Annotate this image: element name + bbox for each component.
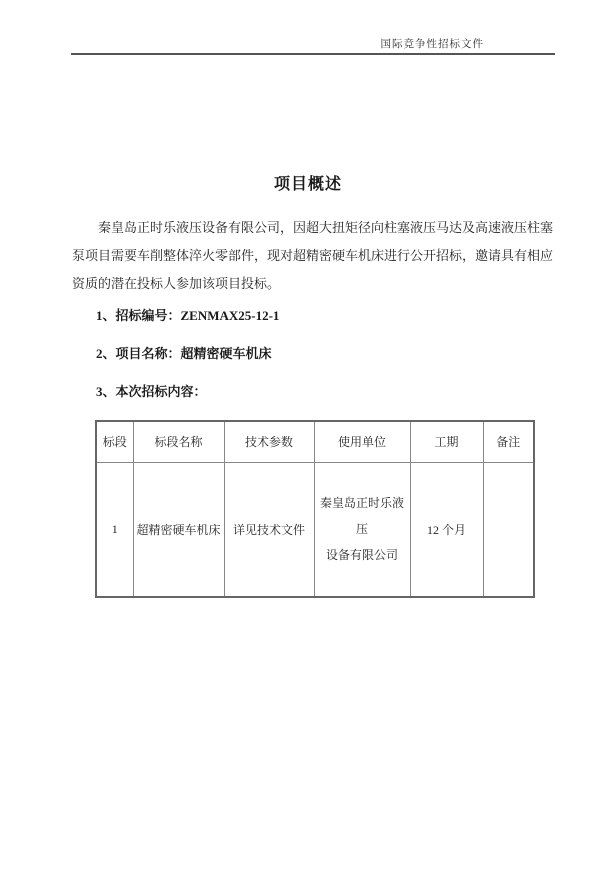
section-title: 项目概述 (0, 171, 616, 194)
table-cell-tech-params: 详见技术文件 (224, 462, 314, 597)
table-header-cell-section-name: 标段名称 (133, 421, 224, 462)
table-header-cell-section: 标段 (96, 421, 133, 462)
table-cell-remarks (483, 462, 534, 597)
bid-content-table-wrapper: 标段 标段名称 技术参数 使用单位 工期 备注 1 超精密硬车机床 详见技术文件… (95, 420, 535, 598)
table-cell-section: 1 (96, 462, 133, 597)
table-header-cell-using-unit: 使用单位 (314, 421, 410, 462)
table-cell-section-name: 超精密硬车机床 (133, 462, 224, 597)
bid-content-table: 标段 标段名称 技术参数 使用单位 工期 备注 1 超精密硬车机床 详见技术文件… (95, 420, 535, 598)
header-doc-type-label: 国际竞争性招标文件 (381, 36, 485, 51)
table-header-row: 标段 标段名称 技术参数 使用单位 工期 备注 (96, 421, 534, 462)
page-header: 国际竞争性招标文件 (71, 0, 555, 55)
table-header-cell-tech-params: 技术参数 (224, 421, 314, 462)
numbered-item-bid-number: 1、招标编号：ZENMAX25-12-1 (96, 306, 279, 326)
table-row: 1 超精密硬车机床 详见技术文件 秦皇岛正时乐液压 设备有限公司 12 个月 (96, 462, 534, 597)
intro-paragraph: 秦皇岛正时乐液压设备有限公司，因超大扭矩径向柱塞液压马达及高速液压柱塞泵项目需要… (72, 214, 553, 298)
table-cell-using-unit: 秦皇岛正时乐液压 设备有限公司 (314, 462, 410, 597)
table-cell-duration: 12 个月 (410, 462, 483, 597)
numbered-item-project-name: 2、项目名称：超精密硬车机床 (96, 344, 272, 364)
document-page: 国际竞争性招标文件 项目概述 秦皇岛正时乐液压设备有限公司，因超大扭矩径向柱塞液… (0, 0, 616, 872)
table-header-cell-remarks: 备注 (483, 421, 534, 462)
table-header-cell-duration: 工期 (410, 421, 483, 462)
numbered-item-bid-content: 3、本次招标内容： (96, 382, 207, 402)
